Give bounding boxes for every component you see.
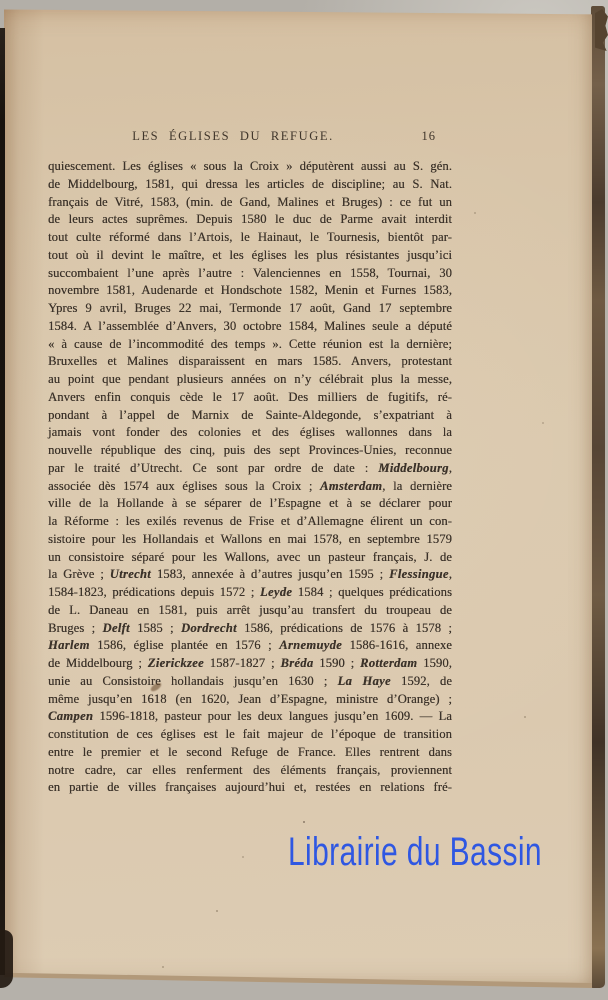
text-line: « à cause de l’incommodité des temps ». …	[48, 336, 452, 354]
body-text: quiescement. Les églises « sous la Croix…	[48, 158, 452, 797]
text-line: Anvers enfin conquis cède le 17 août. De…	[48, 389, 452, 407]
text-line: nouvelle république des cinq, puis des s…	[48, 442, 452, 460]
text-line: la Réforme : les exilés revenus de Frise…	[48, 513, 452, 531]
photo-background: LES ÉGLISES DU REFUGE. 16 quiescement. L…	[0, 0, 608, 1000]
book-page-block-edge	[591, 6, 605, 988]
text-line: tout culte réformé dans l’Artois, le Hai…	[48, 229, 452, 247]
text-line: jamais vont fonder des colonies et des é…	[48, 424, 452, 442]
text-line: Harlem 1586, église plantée en 1576 ; Ar…	[48, 637, 452, 655]
book-page: LES ÉGLISES DU REFUGE. 16 quiescement. L…	[4, 8, 592, 985]
paper-specks	[4, 8, 6, 10]
text-line: même jusqu’en 1618 (en 1620, Jean d’Espa…	[48, 691, 452, 709]
text-line: un consistoire séparé pour les Wallons, …	[48, 549, 452, 567]
text-line: de leurs actes suprêmes. Depuis 1580 le …	[48, 211, 452, 229]
text-line: entre le premier et le second Refuge de …	[48, 744, 452, 762]
text-line: Bruxelles et Malines disparaissent en ma…	[48, 353, 452, 371]
watermark-text: Librairie du Bassin	[288, 832, 542, 872]
text-line: en partie de villes françaises aujourd’h…	[48, 779, 452, 797]
text-line: succombaient l’une après l’autre : Valen…	[48, 265, 452, 283]
text-line: 1584-1823, prédications depuis 1572 ; Le…	[48, 584, 452, 602]
text-line: unie au Consistoire hollandais jusqu’en …	[48, 673, 452, 691]
text-line: pondant à l’appel de Marnix de Sainte-Al…	[48, 407, 452, 425]
text-line: au point que pendant plusieurs années on…	[48, 371, 452, 389]
text-line: constitution de ces églises est le fait …	[48, 726, 452, 744]
text-line: sistoire pour les Hollandais et Wallons …	[48, 531, 452, 549]
text-line: de L. Daneau en 1581, puis arrêt jusqu’a…	[48, 602, 452, 620]
text-line: français de Vitré, 1583, (min. de Gand, …	[48, 194, 452, 212]
text-line: Ypres 9 avril, Bruges 22 mai, Termonde 1…	[48, 300, 452, 318]
text-line: Bruges ; Delft 1585 ; Dordrecht 1586, pr…	[48, 620, 452, 638]
text-line: la Grève ; Utrecht 1583, annexée à d’aut…	[48, 566, 452, 584]
text-line: de Middelbourg, 1581, qui dressa les art…	[48, 176, 452, 194]
text-line: associée dès 1574 aux églises sous la Cr…	[48, 478, 452, 496]
text-line: par le traité d’Utrecht. Ce sont par ord…	[48, 460, 452, 478]
text-line: tout où il devint le maître, et les égli…	[48, 247, 452, 265]
text-line: ville de la Hollande à se séparer de l’E…	[48, 495, 452, 513]
page-number: 16	[422, 129, 437, 143]
running-title: LES ÉGLISES DU REFUGE.	[132, 129, 334, 143]
page-header: LES ÉGLISES DU REFUGE. 16	[48, 129, 452, 145]
text-line: novembre 1581, Audenarde et Hondschote 1…	[48, 282, 452, 300]
text-line: quiescement. Les églises « sous la Croix…	[48, 158, 452, 176]
text-line: 1584. A l’assemblée d’Anvers, 30 octobre…	[48, 318, 452, 336]
torn-paper-corner	[595, 9, 608, 51]
text-line: notre cadre, car elles renferment des él…	[48, 762, 452, 780]
binding-shadow-blob	[0, 930, 13, 988]
text-line: de Middelbourg ; Zierickzee 1587-1827 ; …	[48, 655, 452, 673]
text-line: Campen 1596-1818, pasteur pour les deux …	[48, 708, 452, 726]
book-binding-edge	[0, 28, 5, 975]
